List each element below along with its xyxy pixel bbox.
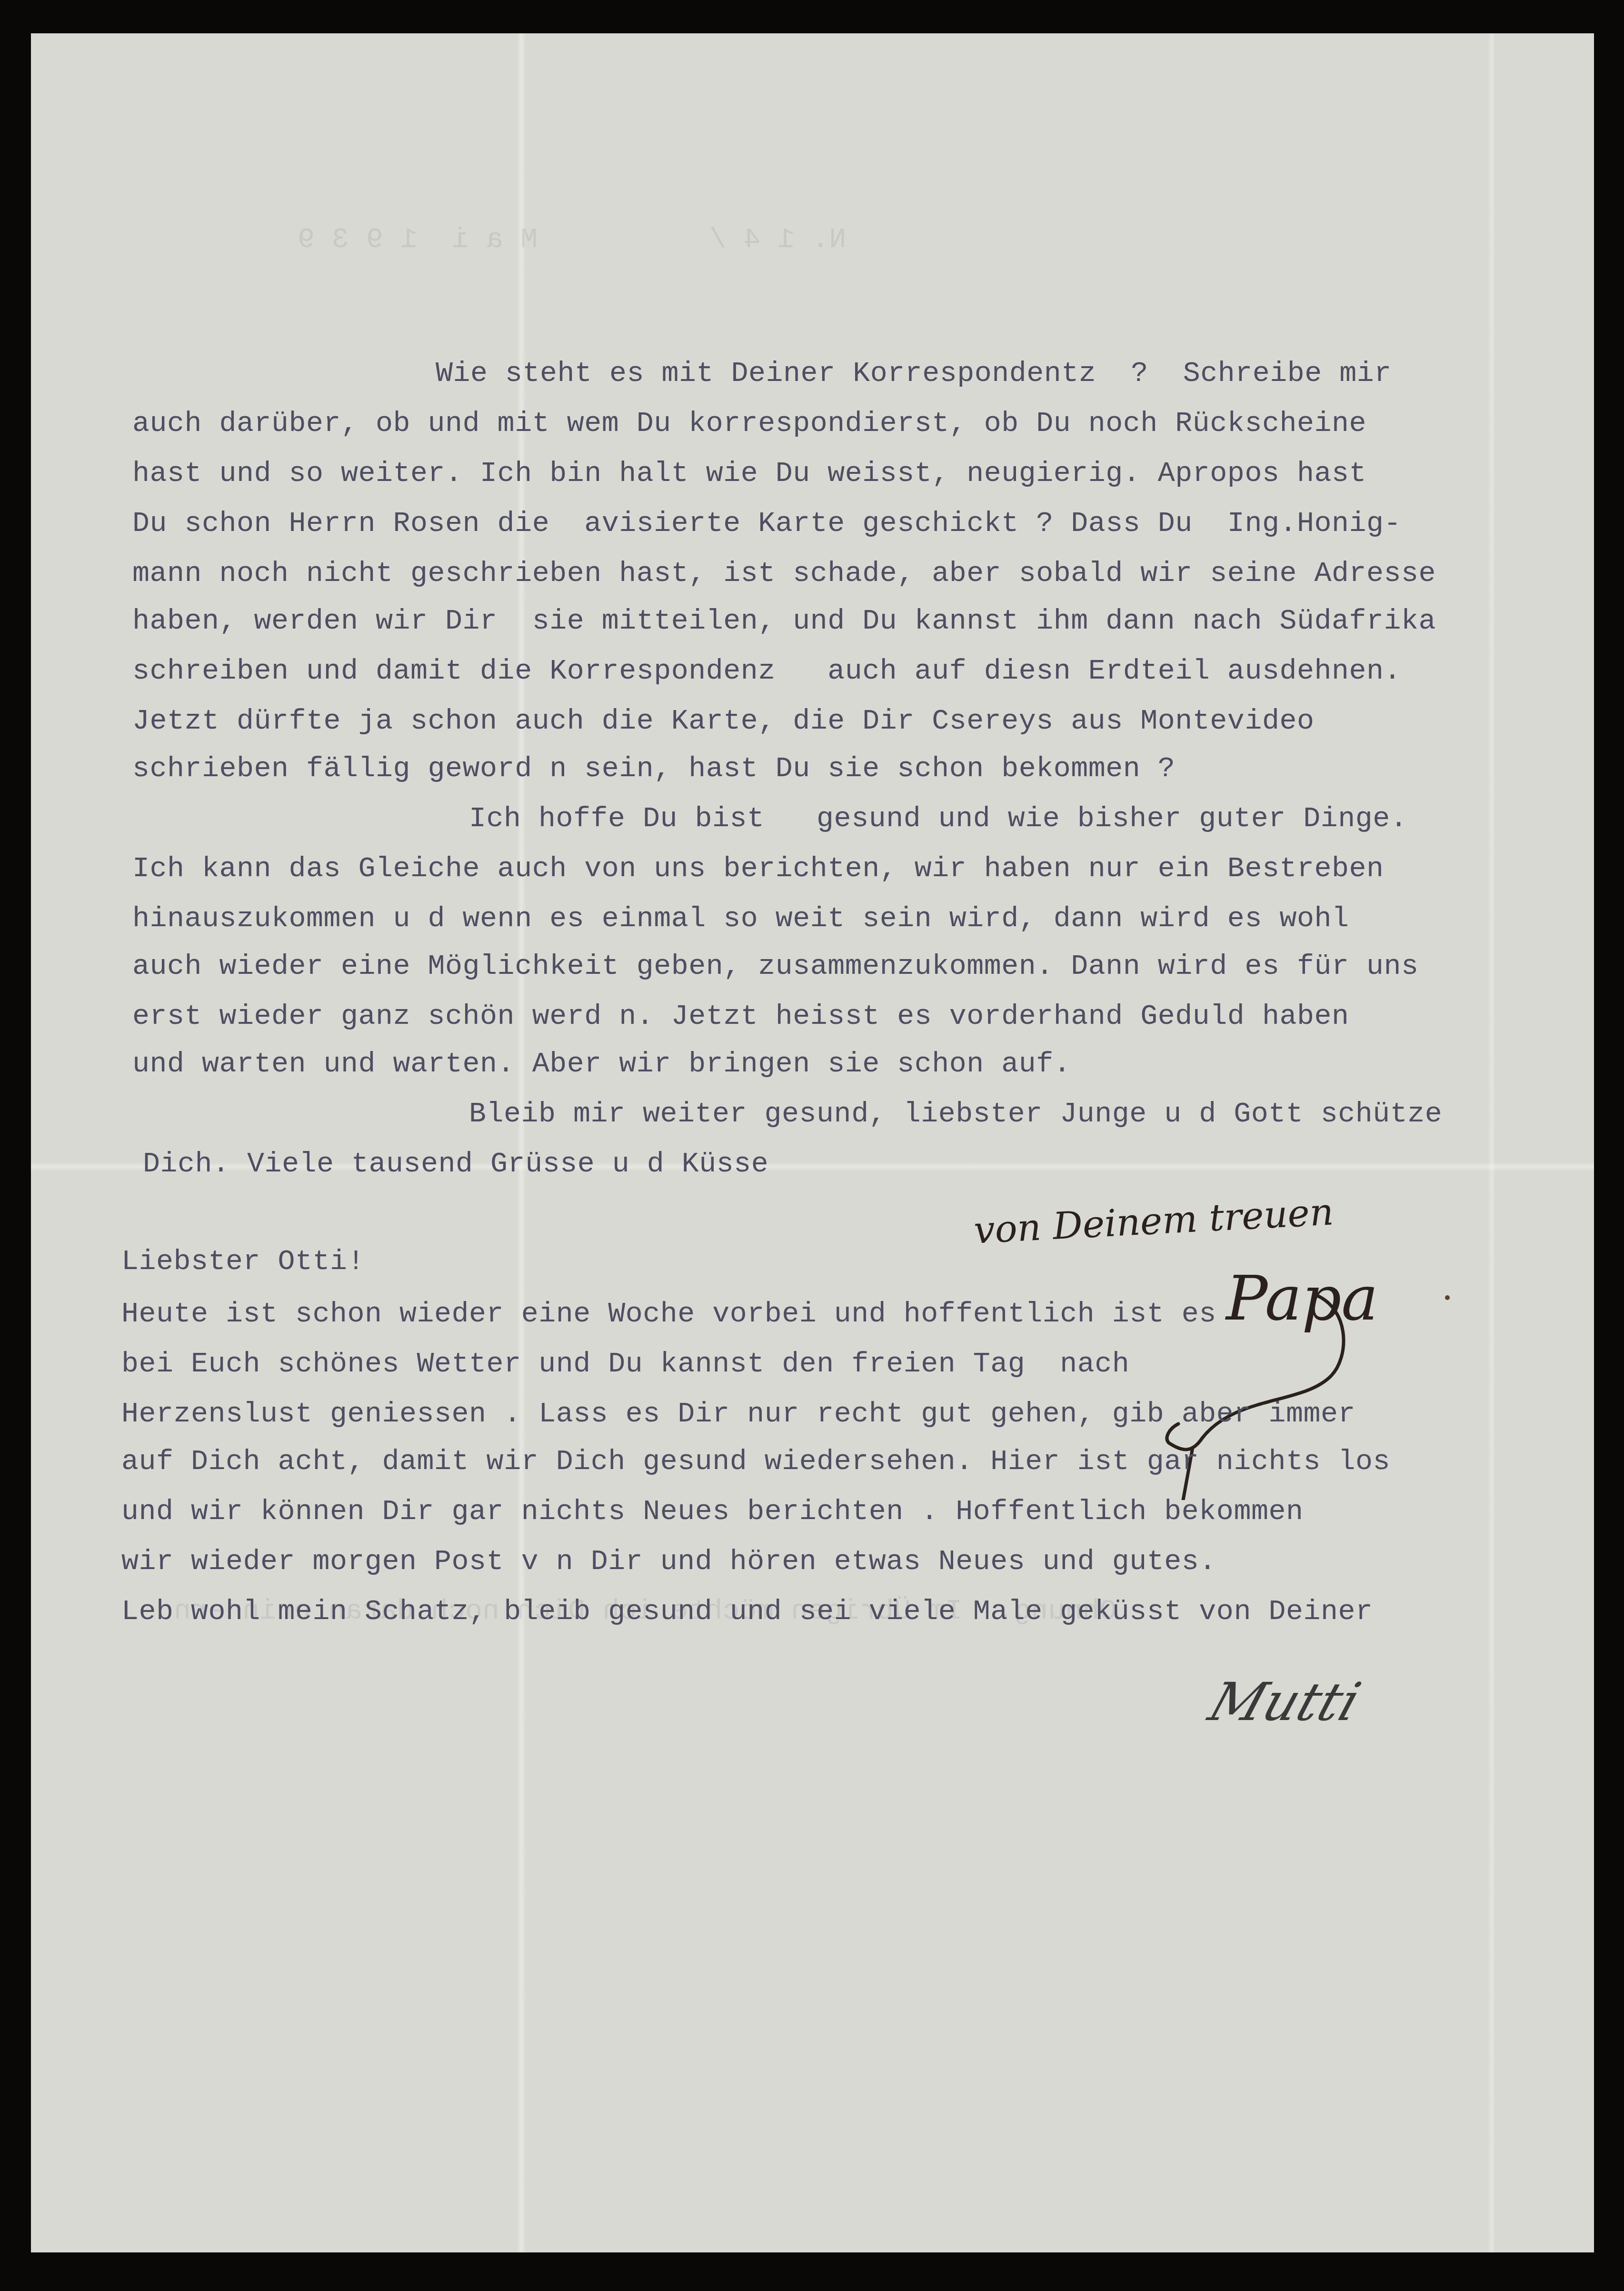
typed-line: hast und so weiter. Ich bin halt wie Du …: [132, 460, 1366, 488]
handwritten-closing: von Deinem treuen: [973, 1191, 1335, 1252]
typed-line: auch wieder eine Möglichkeit geben, zusa…: [132, 952, 1418, 981]
signature-mutti: Mutti: [1202, 1671, 1368, 1732]
typed-line: Heute ist schon wieder eine Woche vorbei…: [121, 1300, 1216, 1329]
salutation: Liebster Otti!: [121, 1248, 365, 1276]
typed-line: Dich. Viele tausend Grüsse u d Küsse: [143, 1150, 768, 1179]
typed-line: bei Euch schönes Wetter und Du kannst de…: [121, 1350, 1129, 1379]
typed-line: und warten und warten. Aber wir bringen …: [132, 1050, 1071, 1079]
typed-line: erst wieder ganz schön werd n. Jetzt hei…: [132, 1002, 1349, 1031]
typed-line: wir wieder morgen Post v n Dir und hören…: [121, 1548, 1216, 1576]
typed-line: auch darüber, ob und mit wem Du korrespo…: [132, 410, 1366, 438]
bleed-through-text: N. 1 4 / M a i 1 9 3 9: [298, 224, 846, 256]
letter-page: N. 1 4 / M a i 1 9 3 9 Ohnung. Im Übrige…: [31, 33, 1594, 2252]
typed-line: Du schon Herrn Rosen die avisierte Karte…: [132, 510, 1401, 538]
typed-line: Leb wohl mein Schatz, bleib gesund und s…: [121, 1598, 1373, 1626]
typed-line: haben, werden wir Dir sie mitteilen, und…: [132, 607, 1436, 636]
ink-dot: [1445, 1295, 1450, 1300]
typed-line: Wie steht es mit Deiner Korrespondentz ?…: [436, 360, 1392, 388]
typed-line: mann noch nicht geschrieben hast, ist sc…: [132, 560, 1436, 588]
typed-line: schreiben und damit die Korrespondenz au…: [132, 657, 1401, 686]
typed-line: schrieben fällig geword n sein, hast Du …: [132, 755, 1175, 783]
typed-line: Herzenslust geniessen . Lass es Dir nur …: [121, 1400, 1355, 1429]
typed-line: Ich hoffe Du bist gesund und wie bisher …: [469, 805, 1407, 833]
typed-line: auf Dich acht, damit wir Dich gesund wie…: [121, 1448, 1390, 1476]
typed-line: Jetzt dürfte ja schon auch die Karte, di…: [132, 707, 1314, 736]
typed-line: Ich kann das Gleiche auch von uns berich…: [132, 855, 1384, 883]
typed-line: Bleib mir weiter gesund, liebster Junge …: [469, 1100, 1442, 1129]
typed-line: hinauszukommen u d wenn es einmal so wei…: [132, 905, 1349, 933]
typed-line: und wir können Dir gar nichts Neues beri…: [121, 1498, 1303, 1526]
